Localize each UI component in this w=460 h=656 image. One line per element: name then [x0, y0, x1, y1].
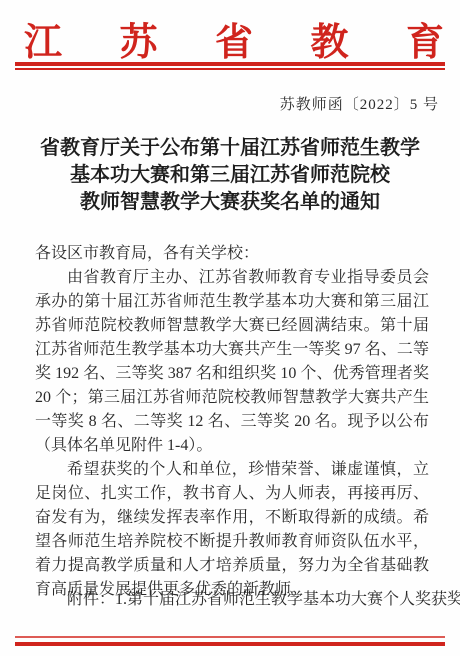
body-paragraph-2: 希望获奖的个人和单位，珍惜荣誉、谦虚谨慎，立足岗位、扎实工作，教书育人、为人师表… [35, 458, 429, 602]
body-paragraph-1: 由省教育厅主办、江苏省教师教育专业指导委员会承办的第十届江苏省师范生教学基本功大… [35, 266, 429, 458]
agency-letterhead-title: 江 苏 省 教 育 厅 [0, 11, 460, 66]
document-page: 江 苏 省 教 育 厅 苏教师函〔2022〕5 号 省教育厅关于公布第十届江苏省… [0, 0, 460, 656]
document-title: 省教育厅关于公布第十届江苏省师范生教学 基本功大赛和第三届江苏省师范院校 教师智… [0, 135, 460, 216]
document-title-line-2: 基本功大赛和第三届江苏省师范院校 [0, 162, 460, 189]
document-title-line-3: 教师智慧教学大赛获奖名单的通知 [0, 189, 460, 216]
document-reference-number: 苏教师函〔2022〕5 号 [280, 93, 439, 114]
salutation-line: 各设区市教育局，各有关学校： [35, 242, 429, 266]
document-title-line-1: 省教育厅关于公布第十届江苏省师范生教学 [0, 135, 460, 162]
footer-red-double-rule [15, 636, 445, 646]
attachment-list-line: 附件：1.第十届江苏省师范生教学基本功大赛个人奖获奖名单 [35, 588, 429, 612]
header-red-double-rule [15, 62, 445, 70]
document-body: 各设区市教育局，各有关学校： 由省教育厅主办、江苏省教师教育专业指导委员会承办的… [35, 242, 429, 602]
